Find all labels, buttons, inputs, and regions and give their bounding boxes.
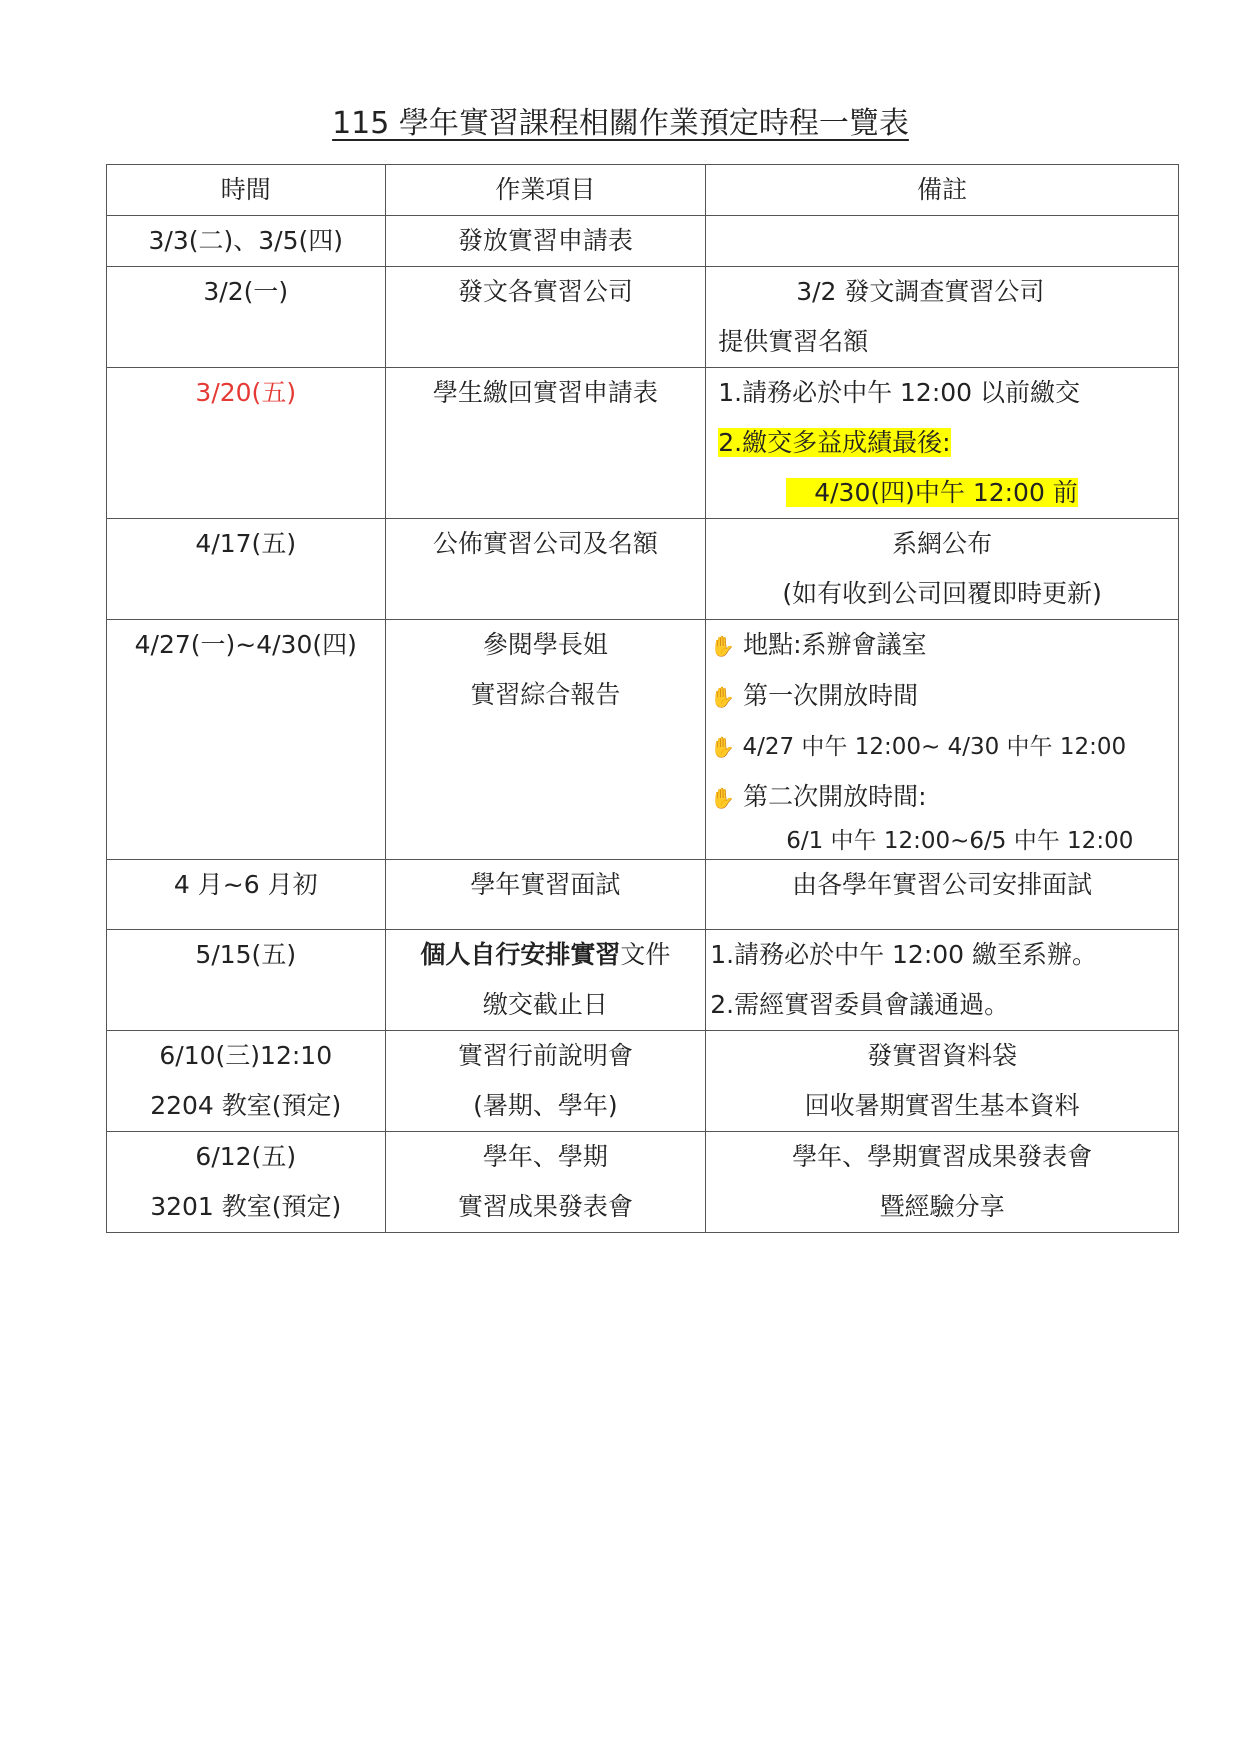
task-line: (暑期、學年): [386, 1081, 706, 1131]
note-line: 1.請務必於中午 12:00 以前繳交: [706, 368, 1178, 418]
task-line: 實習行前說明會: [386, 1031, 706, 1081]
header-notes: 備註: [706, 165, 1179, 216]
cell-time-highlighted: 3/20(五): [107, 368, 386, 519]
cell-notes: 發實習資料袋 回收暑期實習生基本資料: [706, 1031, 1179, 1132]
note-line: 暨經驗分享: [706, 1182, 1178, 1232]
time-line: 3201 教室(預定): [107, 1182, 385, 1232]
task-line: 實習成果發表會: [386, 1182, 706, 1232]
note-line: 學年、學期實習成果發表會: [706, 1132, 1178, 1182]
note-line: 提供實習名額: [706, 317, 1178, 367]
task-line: 缴交截止日: [386, 980, 706, 1030]
time-line: 6/10(三)12:10: [107, 1031, 385, 1081]
cell-time: 6/10(三)12:10 2204 教室(預定): [107, 1031, 386, 1132]
task-text: 文件: [620, 940, 670, 969]
table-row: 5/15(五) 個人自行安排實習文件 缴交截止日 1.請務必於中午 12:00 …: [107, 930, 1179, 1031]
note-line: 4/27 中午 12:00~ 4/30 中午 12:00: [742, 734, 1126, 760]
note-line: 第二次開放時間:: [743, 782, 926, 811]
cell-task: 實習行前說明會 (暑期、學年): [385, 1031, 706, 1132]
cell-task: 參閱學長姐 實習綜合報告: [385, 620, 706, 860]
highlighted-note: 4/30(四)中午 12:00 前: [786, 478, 1078, 507]
cell-task: 發文各實習公司: [385, 267, 706, 368]
schedule-table: 時間 作業項目 備註 3/3(二)、3/5(四) 發放實習申請表 3/2(一) …: [106, 164, 1179, 1233]
note-line: 回收暑期實習生基本資料: [706, 1081, 1178, 1131]
cell-notes: 1.請務必於中午 12:00 繳至系辦。 2.需經實習委員會議通過。: [706, 930, 1179, 1031]
cell-notes: ✋ 地點:系辦會議室 ✋ 第一次開放時間 ✋ 4/27 中午 12:00~ 4/…: [706, 620, 1179, 860]
table-row: 6/10(三)12:10 2204 教室(預定) 實習行前說明會 (暑期、學年)…: [107, 1031, 1179, 1132]
hand-icon: ✋: [710, 735, 735, 759]
cell-notes: 學年、學期實習成果發表會 暨經驗分享: [706, 1132, 1179, 1233]
title-text: 115 學年實習課程相關作業預定時程一覽表: [332, 106, 909, 141]
table-row: 4 月~6 月初 學年實習面試 由各學年實習公司安排面試: [107, 860, 1179, 930]
cell-time: 4/17(五): [107, 519, 386, 620]
cell-notes: 由各學年實習公司安排面試: [706, 860, 1179, 930]
cell-task: 公佈實習公司及名額: [385, 519, 706, 620]
cell-task: 學年實習面試: [385, 860, 706, 930]
highlighted-note: 2.繳交多益成績最後:: [718, 428, 950, 457]
cell-time: 6/12(五) 3201 教室(預定): [107, 1132, 386, 1233]
table-row: 4/17(五) 公佈實習公司及名額 系網公布 (如有收到公司回覆即時更新): [107, 519, 1179, 620]
cell-task: 個人自行安排實習文件 缴交截止日: [385, 930, 706, 1031]
note-line: 第一次開放時間: [743, 681, 918, 710]
cell-notes: 系網公布 (如有收到公司回覆即時更新): [706, 519, 1179, 620]
note-line: 3/2 發文調查實習公司: [706, 267, 1178, 317]
cell-notes: 1.請務必於中午 12:00 以前繳交 2.繳交多益成績最後: 4/30(四)中…: [706, 368, 1179, 519]
task-line: 學年、學期: [386, 1132, 706, 1182]
note-line: 發實習資料袋: [706, 1031, 1178, 1081]
note-line: 2.需經實習委員會議通過。: [710, 980, 1178, 1030]
table-header-row: 時間 作業項目 備註: [107, 165, 1179, 216]
table-row: 3/2(一) 發文各實習公司 3/2 發文調查實習公司 提供實習名額: [107, 267, 1179, 368]
note-line: 系網公布: [706, 519, 1178, 569]
cell-time: 5/15(五): [107, 930, 386, 1031]
cell-notes: [706, 216, 1179, 267]
cell-time: 3/2(一): [107, 267, 386, 368]
cell-task: 發放實習申請表: [385, 216, 706, 267]
time-line: 2204 教室(預定): [107, 1081, 385, 1131]
header-task: 作業項目: [385, 165, 706, 216]
time-line: 6/12(五): [107, 1132, 385, 1182]
hand-icon: ✋: [710, 786, 735, 810]
hand-icon: ✋: [710, 634, 735, 658]
cell-task: 學年、學期 實習成果發表會: [385, 1132, 706, 1233]
table-row: 4/27(一)~4/30(四) 參閱學長姐 實習綜合報告 ✋ 地點:系辦會議室 …: [107, 620, 1179, 860]
task-line: 實習綜合報告: [386, 670, 706, 720]
cell-task: 學生繳回實習申請表: [385, 368, 706, 519]
task-line: 參閱學長姐: [386, 620, 706, 670]
cell-time: 4/27(一)~4/30(四): [107, 620, 386, 860]
table-row: 6/12(五) 3201 教室(預定) 學年、學期 實習成果發表會 學年、學期實…: [107, 1132, 1179, 1233]
hand-icon: ✋: [710, 685, 735, 709]
table-row: 3/20(五) 學生繳回實習申請表 1.請務必於中午 12:00 以前繳交 2.…: [107, 368, 1179, 519]
table-row: 3/3(二)、3/5(四) 發放實習申請表: [107, 216, 1179, 267]
cell-time: 4 月~6 月初: [107, 860, 386, 930]
header-time: 時間: [107, 165, 386, 216]
note-line: (如有收到公司回覆即時更新): [706, 569, 1178, 619]
cell-notes: 3/2 發文調查實習公司 提供實習名額: [706, 267, 1179, 368]
document-title: 115 學年實習課程相關作業預定時程一覽表: [0, 98, 1241, 142]
note-line: 6/1 中午 12:00~6/5 中午 12:00: [710, 823, 1178, 859]
cell-time: 3/3(二)、3/5(四): [107, 216, 386, 267]
task-bold-text: 個人自行安排實習: [420, 940, 620, 969]
note-line: 1.請務必於中午 12:00 繳至系辦。: [710, 930, 1178, 980]
note-line: 地點:系辦會議室: [743, 630, 926, 659]
